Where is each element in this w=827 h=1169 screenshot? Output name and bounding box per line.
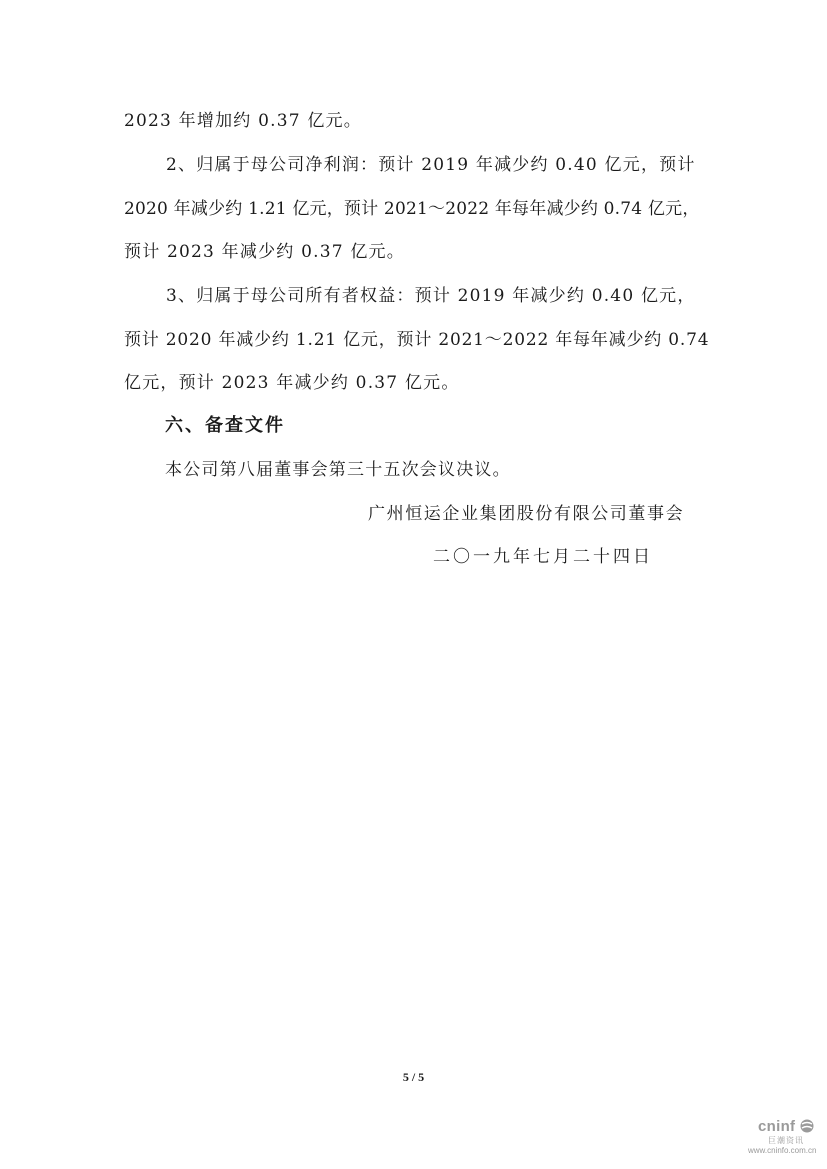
signature: 广州恒运企业集团股份有限公司董事会 [368, 503, 684, 525]
cninfo-logo-icon [800, 1119, 814, 1133]
text-line-5: 3、归属于母公司所有者权益：预计 2019 年减少约 0.40 亿元， [166, 285, 696, 307]
text-line-7: 亿元，预计 2023 年减少约 0.37 亿元。 [124, 372, 460, 394]
text-line-3: 2020 年减少约 1.21 亿元，预计 2021～2022 年每年减少约 0.… [124, 198, 700, 220]
reference-document: 本公司第八届董事会第三十五次会议决议。 [165, 459, 511, 481]
watermark-brand: cninf [758, 1118, 795, 1135]
document-page: 2023 年增加约 0.37 亿元。 2、归属于母公司净利润：预计 2019 年… [0, 0, 827, 1169]
date: 二〇一九年七月二十四日 [433, 546, 653, 568]
text-line-2: 2、归属于母公司净利润：预计 2019 年减少约 0.40 亿元，预计 [166, 154, 696, 176]
cninfo-watermark: cninf 巨潮资讯 www.cninfo.com.cn [748, 1118, 824, 1164]
text-line-6: 预计 2020 年减少约 1.21 亿元，预计 2021～2022 年每年减少约… [124, 329, 709, 351]
watermark-chinese-name: 巨潮资讯 [768, 1135, 804, 1146]
section-heading: 六、备查文件 [165, 415, 285, 437]
text-line-1: 2023 年增加约 0.37 亿元。 [124, 110, 362, 132]
page-number: 5 / 5 [0, 1070, 827, 1085]
text-line-4: 预计 2023 年减少约 0.37 亿元。 [124, 241, 405, 263]
watermark-url: www.cninfo.com.cn [748, 1146, 816, 1155]
